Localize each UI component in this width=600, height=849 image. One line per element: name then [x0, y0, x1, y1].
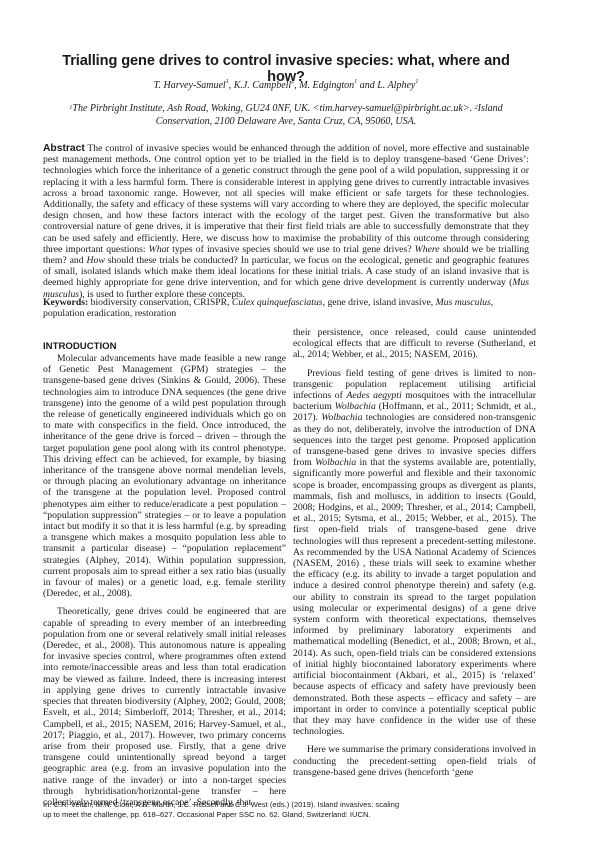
affiliations: 1The Pirbright Institute, Ash Road, Woki…: [63, 103, 509, 128]
body-paragraph: Theoretically, gene drives could be engi…: [43, 606, 286, 808]
species-name: Wolbachia: [315, 457, 356, 468]
keyword-text: , gene drive, island invasive,: [323, 297, 436, 308]
abstract: Abstract The control of invasive species…: [43, 143, 529, 300]
affiliation-marker: 1: [69, 105, 72, 111]
abstract-text: types of invasive species should we use …: [169, 244, 415, 255]
abstract-emphasis: Where: [415, 244, 440, 255]
right-column: their persistence, once released, could …: [293, 327, 536, 785]
body-paragraph: their persistence, once released, could …: [293, 327, 536, 361]
left-column: Molecular advancements have made feasibl…: [43, 353, 286, 815]
body-paragraph: Molecular advancements have made feasibl…: [43, 353, 286, 599]
author-name: M. Edgington: [299, 80, 354, 91]
body-paragraph: Previous field testing of gene drives is…: [293, 368, 536, 738]
affiliation-marker: 1: [226, 79, 229, 85]
body-text: in that the systems available are, poten…: [293, 457, 536, 737]
keyword-species: Culex quinquefasciatus: [232, 297, 323, 308]
keywords: Keywords: biodiversity conservation, CRI…: [43, 297, 529, 319]
section-heading-introduction: INTRODUCTION: [43, 341, 117, 352]
abstract-text: should these trials be conducted? In par…: [43, 255, 529, 288]
abstract-emphasis: How: [87, 255, 105, 266]
affiliation-marker: 1: [415, 79, 418, 85]
keywords-label: Keywords:: [43, 297, 88, 308]
affiliation-marker: 1: [354, 79, 357, 85]
keyword-species: Mus musculus: [436, 297, 491, 308]
abstract-text: The control of invasive species would be…: [43, 143, 529, 255]
footer-line: In: C.R. Veitch, M.N. Clout, A.R. Martin…: [43, 800, 529, 810]
author-name: K.J. Campbell: [234, 80, 292, 91]
affiliation-marker: 2: [291, 79, 294, 85]
keyword-text: biodiversity conservation, CRISPR,: [88, 297, 232, 308]
body-paragraph: Here we summarise the primary considerat…: [293, 744, 536, 778]
author-name: L. Alphey: [377, 80, 415, 91]
affiliation-1: The Pirbright Institute, Ash Road, Wokin…: [72, 103, 474, 114]
author-name: T. Harvey-Samuel: [154, 80, 226, 91]
abstract-emphasis: What: [149, 244, 169, 255]
author-separator: and: [357, 80, 377, 91]
species-name: Wolbachia: [335, 401, 376, 412]
affiliation-marker: 2: [475, 105, 478, 111]
abstract-label: Abstract: [43, 143, 85, 154]
author-list: T. Harvey-Samuel1, K.J. Campbell2, M. Ed…: [43, 80, 529, 91]
species-name: Wolbachia: [321, 412, 362, 423]
species-name: Aedes aegypti: [346, 390, 401, 401]
citation-footer: In: C.R. Veitch, M.N. Clout, A.R. Martin…: [43, 800, 529, 819]
footer-line: up to meet the challenge, pp. 618–627. O…: [43, 810, 529, 820]
